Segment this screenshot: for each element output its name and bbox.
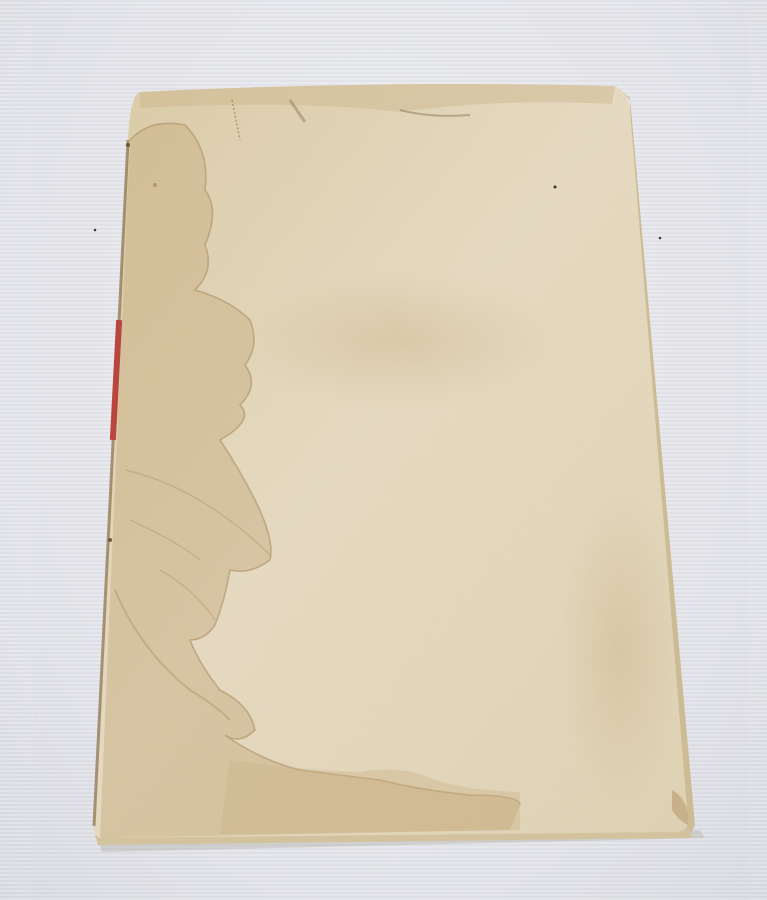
photo-scene: Antique softcover book with water-staine… bbox=[0, 0, 767, 900]
book bbox=[0, 0, 767, 900]
